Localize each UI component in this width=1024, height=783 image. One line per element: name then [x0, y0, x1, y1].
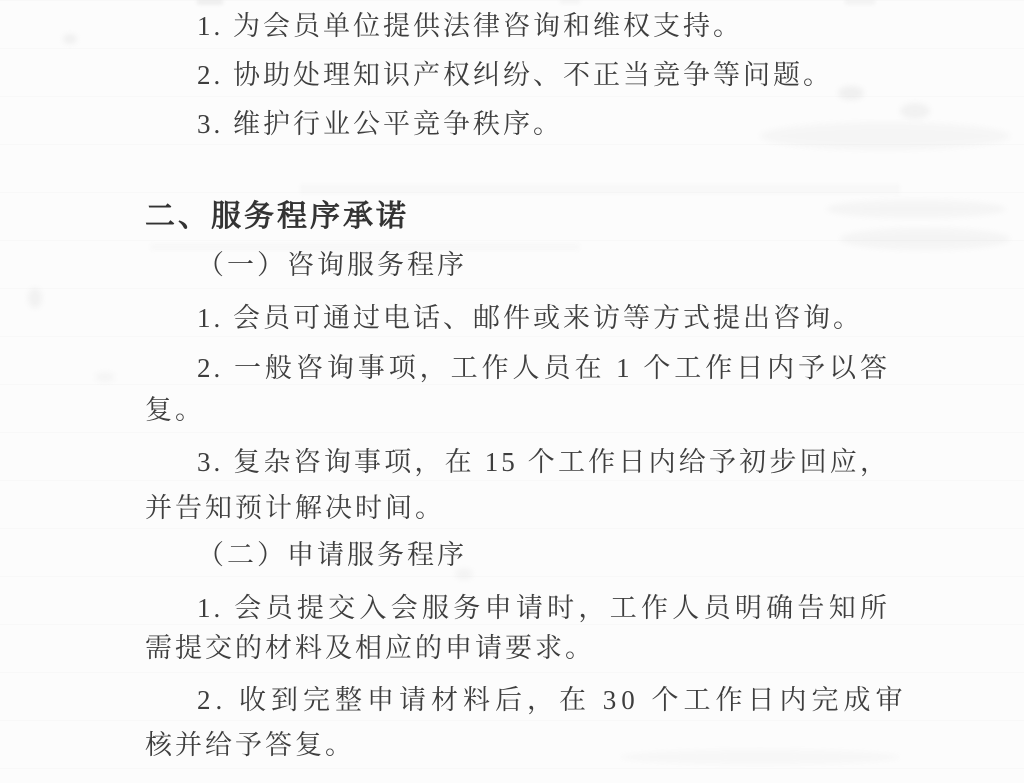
scan-artifact [900, 103, 930, 119]
scan-artifact [845, 0, 875, 4]
scan-artifact [560, 0, 580, 3]
list-item-complex-consult-line2: 并告知预计解决时间。 [145, 487, 890, 529]
list-item-application-submit-line1: 1. 会员提交入会服务申请时，工作人员明确告知所 [145, 587, 890, 629]
scan-artifact [197, 0, 223, 4]
list-item-consult-channels: 1. 会员可通过电话、邮件或来访等方式提出咨询。 [145, 297, 890, 339]
list-item-application-submit-line2: 需提交的材料及相应的申请要求。 [145, 627, 890, 669]
list-item-general-consult-line2: 复。 [145, 389, 890, 431]
subsection-heading-consultation-procedure: （一）咨询服务程序 [145, 244, 890, 286]
subsection-heading-application-procedure: （二）申请服务程序 [145, 534, 890, 576]
scan-artifact [95, 372, 115, 382]
scanned-document-page: 1. 为会员单位提供法律咨询和维权支持。 2. 协助处理知识产权纠纷、不正当竞争… [0, 0, 1024, 783]
list-item-general-consult-line1: 2. 一般咨询事项，工作人员在 1 个工作日内予以答 [145, 347, 890, 389]
scan-artifact [63, 34, 77, 44]
list-item-fair-competition: 3. 维护行业公平竞争秩序。 [145, 103, 890, 145]
list-item-application-review-line2: 核并给予答复。 [145, 724, 890, 766]
section-heading-service-procedure-commitment: 二、服务程序承诺 [145, 194, 890, 240]
list-item-application-review-line1: 2. 收到完整申请材料后，在 30 个工作日内完成审 [145, 679, 890, 721]
scan-artifact [28, 288, 42, 308]
scan-artifact [300, 184, 900, 194]
list-item-legal-support: 1. 为会员单位提供法律咨询和维权支持。 [145, 5, 890, 47]
list-item-complex-consult-line1: 3. 复杂咨询事项，在 15 个工作日内给予初步回应， [145, 441, 890, 483]
list-item-ip-disputes: 2. 协助处理知识产权纠纷、不正当竞争等问题。 [145, 54, 890, 96]
